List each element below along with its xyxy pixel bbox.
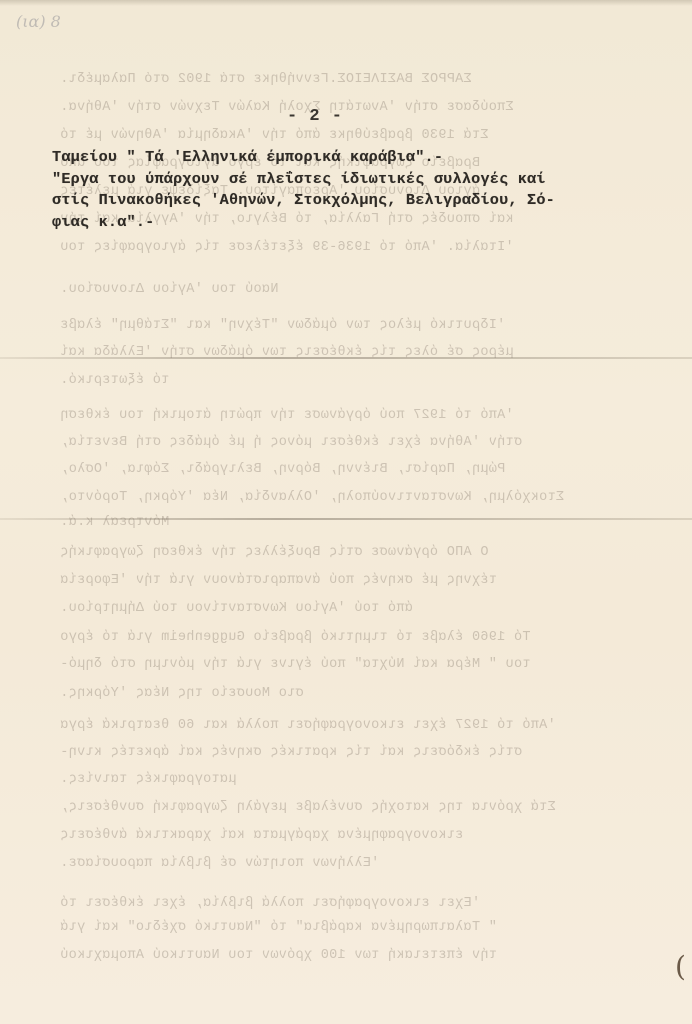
bleed-through-line: ΣΑΡΡΟΣ ΒΑΣΙΛΕΙΟΣ.Γεννήθηκε στά 1902 στό … <box>60 72 472 87</box>
bleed-through-line: στήν 'Αθήνα έχει έκθέσει μόνος ή μέ όμάδ… <box>60 435 522 450</box>
bleed-through-line: ματογραφικές ταινίες. <box>60 772 236 787</box>
bleed-through-line: τό έξωτερικό. <box>60 373 169 388</box>
bleed-through-line: Στοκχόλμη, Κωνσταντινούπολη, 'Ολλανδία, … <box>60 490 564 505</box>
bleed-through-line: Τό 1960 έλαβε τό τιμητικό βραβείο Guggen… <box>60 630 530 645</box>
bleed-through-line: του " Μέρα καί Νύχτα" πού έγινε γιά τήν … <box>60 657 530 672</box>
bleed-through-line: εικονογραφημένα χαράγματα καί χαρακτικά … <box>60 828 463 843</box>
document-page: ΣΑΡΡΟΣ ΒΑΣΙΛΕΙΟΣ.Γεννήθηκε στά 1902 στό … <box>0 0 692 1024</box>
text-line: στίς Πινακοθήκες 'Αθηνών, Στοκχόλμης, Βε… <box>52 190 555 212</box>
bleed-through-line: " Ταλαιπωρημένα καράβια" τό "Ναυτικό σχέ… <box>60 920 497 935</box>
bleed-through-line: 'Ελλήνων ποιητών σέ βιβλία παρουσίασε. <box>60 856 379 871</box>
paper-fold-line <box>0 518 692 520</box>
bleed-through-line: 'Ιδρυτικό μέλος των όμάδων "Τέχνη" και "… <box>60 318 505 333</box>
bleed-through-line: Στά χρόνια της κατοχής συνέλαβε μεγάλη ζ… <box>60 800 556 815</box>
margin-bracket-mark: ( <box>675 950 686 983</box>
bleed-through-line: στίς έκδόσεις καί τίς κρατικές σκηνές κα… <box>60 745 522 760</box>
text-line: "Εργα του ύπάρχουν σέ πλεΐστες ίδιωτικές… <box>52 169 555 191</box>
text-line: φιας κ.α".- <box>52 212 555 234</box>
bleed-through-line: άπό τού 'Αγίου Κωνσταντίνου τού Δήμητρίο… <box>60 601 413 616</box>
bleed-through-line: 'Εχει εικονογραφήσει πολλά βιβλία, έχει … <box>60 896 480 911</box>
bleed-through-line: τήν έπετειακή των 100 χρόνων του Ναυτικο… <box>60 948 497 963</box>
bleed-through-line: 'Από τό 1927 πού όργάνωσε τήν πρώτη άτομ… <box>60 408 514 423</box>
paper-fold-line <box>0 357 692 359</box>
bleed-through-line: Στά 1930 βραβεύθηκε άπό τήν 'Ακαδημία 'Α… <box>60 128 488 143</box>
typed-text-block: Ταμείου " Τά 'Ελληνικά έμπορικά καράβια"… <box>52 147 555 233</box>
bleed-through-line: 'Ιταλία. 'Από τό 1936-39 έξετέλεσε τίς ά… <box>60 240 514 255</box>
bleed-through-line: Ρώμη, Παρίσι, Βιέννη, Βόρνη, Βελιγράδι, … <box>60 462 505 477</box>
paper-edge-shadow <box>0 0 692 6</box>
pencil-annotation: (ια) 8 <box>16 12 61 31</box>
text-line: Ταμείου " Τά 'Ελληνικά έμπορικά καράβια"… <box>52 147 555 169</box>
bleed-through-line: σιο Μουσείο της Νέας 'Υόρκης. <box>60 686 304 701</box>
bleed-through-line: Ναού του 'Αγίου Διονυσίου. <box>60 282 278 297</box>
bleed-through-line: 'Από τό 1927 έχει εικονογραφήσει πολλά κ… <box>60 718 556 733</box>
bleed-through-line: Ο ΑΠΟ όργάνωσε στίς Βρυξέλλες τήν έκθεση… <box>60 545 488 560</box>
bleed-through-line: τέχνης μέ σκηνές πού άναπαριστάνουν γιά … <box>60 573 497 588</box>
page-number: - 2 - <box>287 107 343 126</box>
